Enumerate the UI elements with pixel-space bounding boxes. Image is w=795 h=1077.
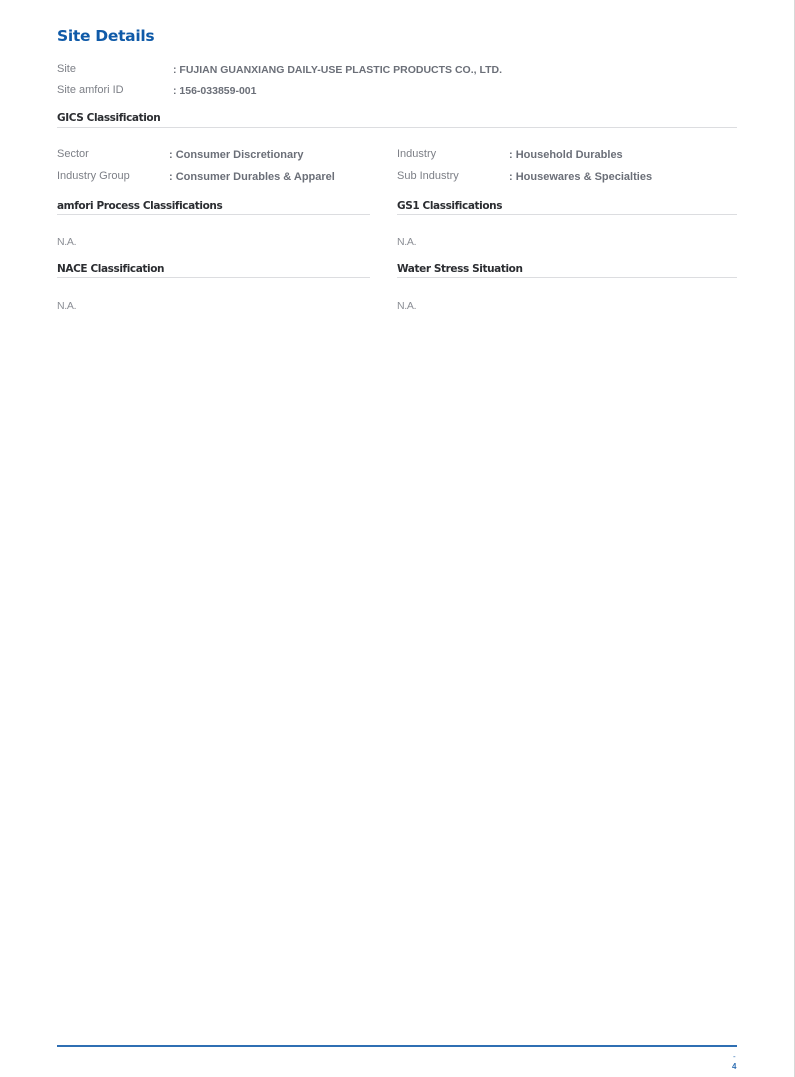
site-id-label: Site amfori ID xyxy=(57,84,124,96)
nace-heading: NACE Classification xyxy=(57,263,164,275)
gs1-heading: GS1 Classifications xyxy=(397,200,502,212)
nace-divider xyxy=(57,277,370,278)
industry-label: Industry xyxy=(397,148,436,160)
footer-dash: - xyxy=(733,1052,736,1061)
site-label: Site xyxy=(57,63,76,75)
page-title: Site Details xyxy=(57,27,154,45)
site-id-value: : 156-033859-001 xyxy=(173,85,256,97)
industry-value: : Household Durables xyxy=(509,149,623,161)
gs1-value: N.A. xyxy=(397,236,416,248)
amfori-process-value: N.A. xyxy=(57,236,76,248)
water-stress-heading: Water Stress Situation xyxy=(397,263,523,275)
industry-group-value: : Consumer Durables & Apparel xyxy=(169,171,335,183)
nace-value: N.A. xyxy=(57,300,76,312)
amfori-process-divider xyxy=(57,214,370,215)
sub-industry-value: : Housewares & Specialties xyxy=(509,171,652,183)
water-stress-divider xyxy=(397,277,737,278)
industry-group-label: Industry Group xyxy=(57,170,130,182)
amfori-process-heading: amfori Process Classifications xyxy=(57,200,222,212)
footer-rule xyxy=(57,1045,737,1047)
water-stress-value: N.A. xyxy=(397,300,416,312)
sub-industry-label: Sub Industry xyxy=(397,170,459,182)
sector-label: Sector xyxy=(57,148,89,160)
gics-divider xyxy=(57,127,737,128)
gics-heading: GICS Classification xyxy=(57,112,160,124)
sector-value: : Consumer Discretionary xyxy=(169,149,303,161)
site-value: : FUJIAN GUANXIANG DAILY-USE PLASTIC PRO… xyxy=(173,64,502,76)
page-number: 4 xyxy=(732,1062,736,1071)
gs1-divider xyxy=(397,214,737,215)
